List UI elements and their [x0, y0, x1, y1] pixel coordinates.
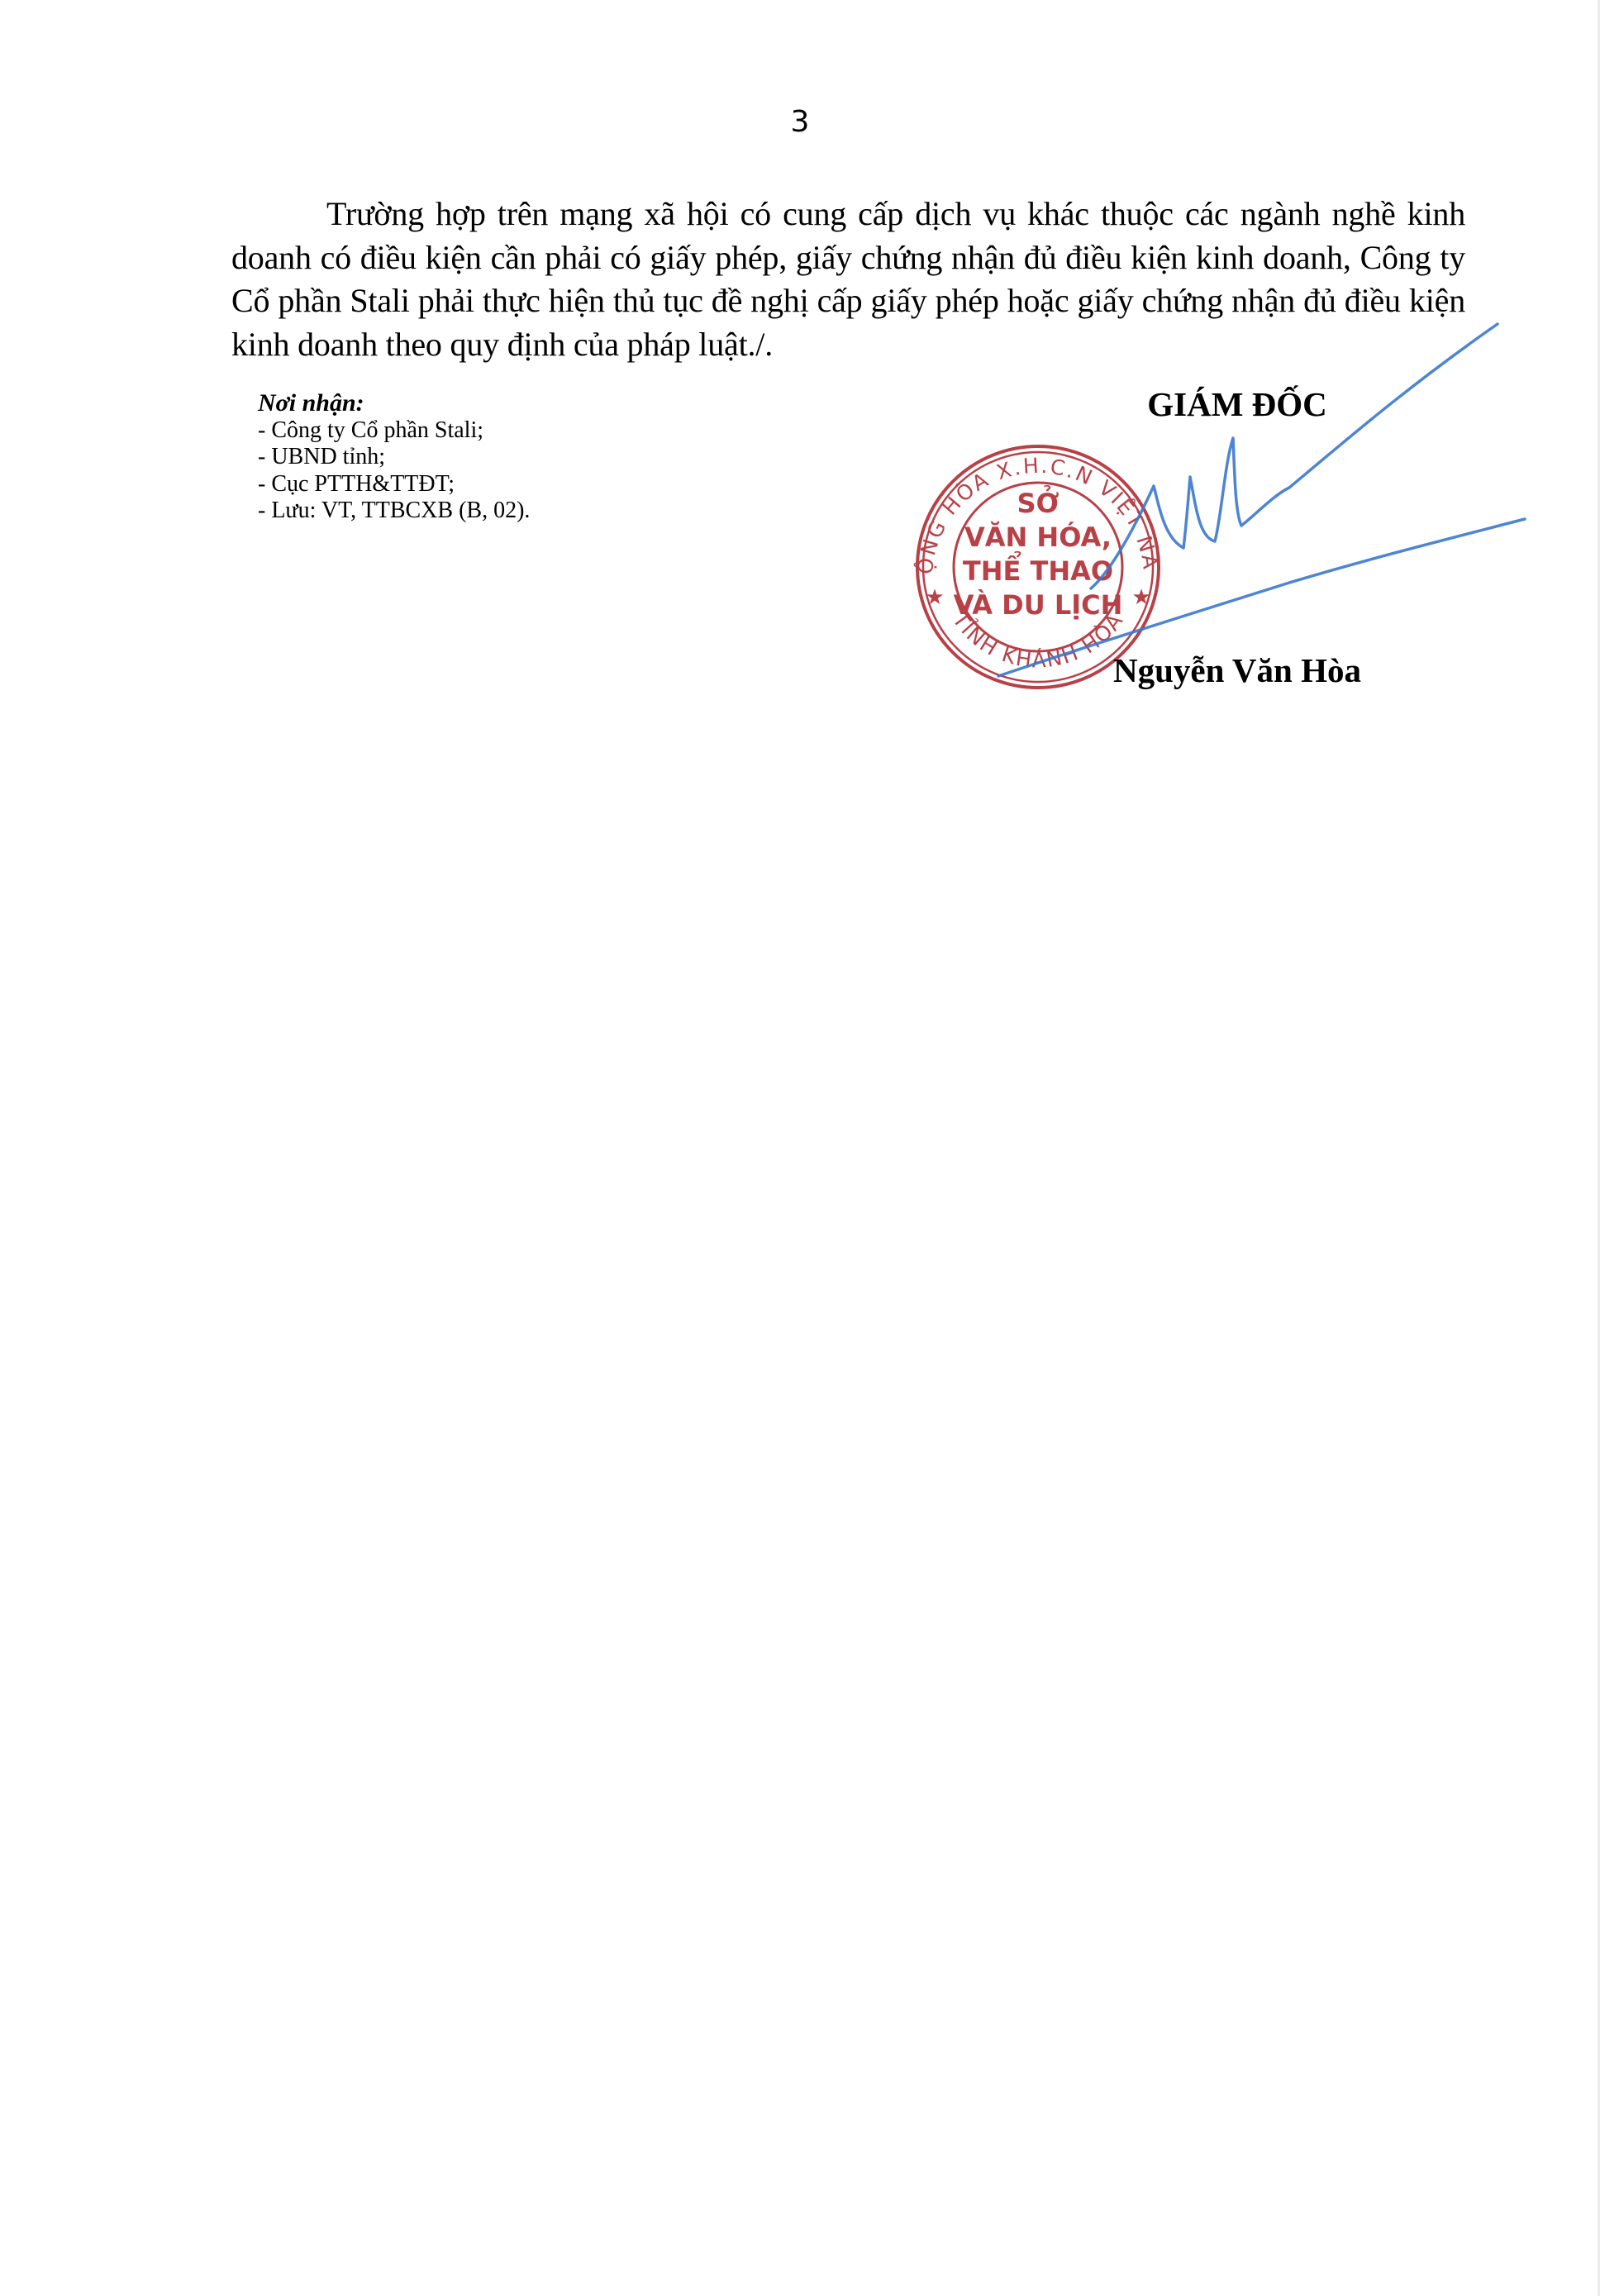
signer-title: GIÁM ĐỐC	[1072, 385, 1402, 423]
star-icon: ★	[925, 585, 944, 610]
recipients-block: Nơi nhận: - Công ty Cổ phần Stali; - UBN…	[258, 390, 530, 525]
recipients-title: Nơi nhận:	[258, 390, 530, 417]
star-icon: ★	[1131, 585, 1150, 610]
recipient-item: - Lưu: VT, TTBCXB (B, 02).	[258, 498, 530, 525]
stamp-line: VĂN HÓA,	[964, 521, 1112, 553]
body-paragraph: Trường hợp trên mạng xã hội có cung cấp …	[231, 193, 1465, 366]
page-number: 3	[0, 106, 1600, 139]
handwritten-signature	[998, 324, 1525, 676]
recipient-item: - Cục PTTH&TTĐT;	[258, 471, 530, 498]
stamp-line: SỞ	[1017, 484, 1060, 519]
stamp-line: VÀ DU LỊCH	[954, 589, 1123, 621]
signer-name: Nguyễn Văn Hòa	[1072, 651, 1402, 689]
recipient-item: - Công ty Cổ phần Stali;	[258, 417, 530, 445]
recipient-item: - UBND tỉnh;	[258, 444, 530, 471]
stamp-line: THỂ THAO	[963, 551, 1113, 587]
